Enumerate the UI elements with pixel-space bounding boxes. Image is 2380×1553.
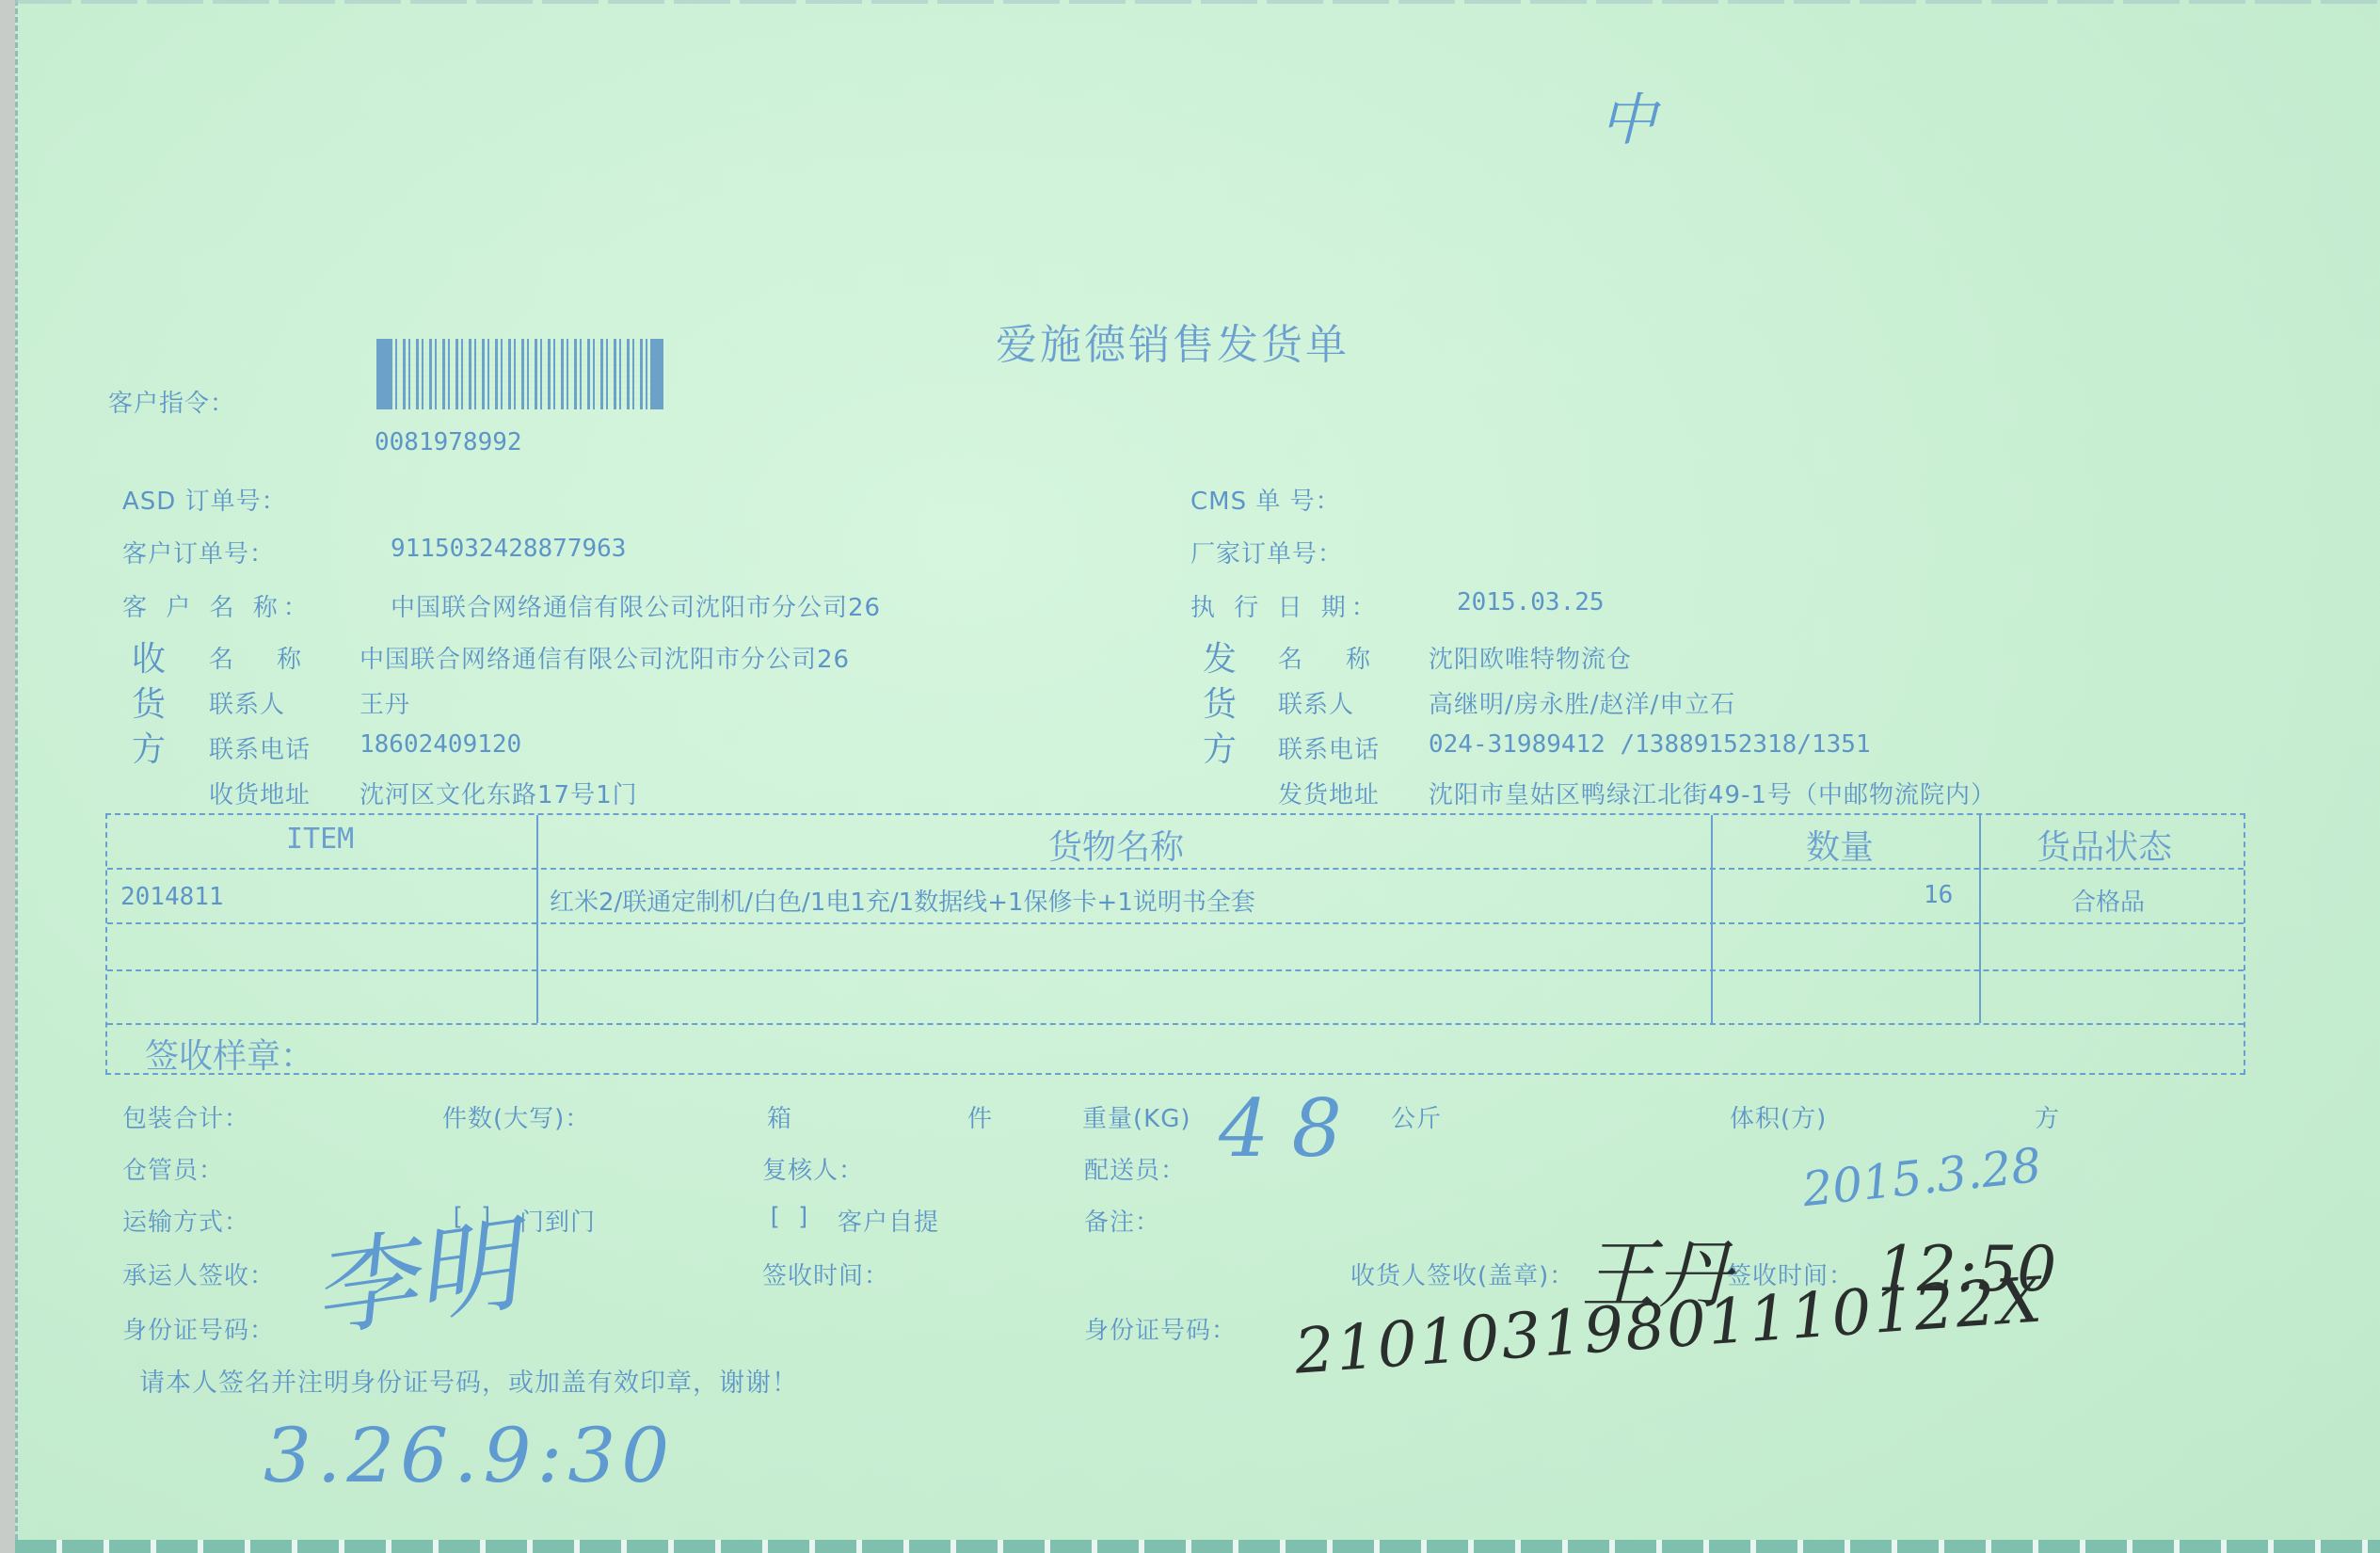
table-row-1-quantity: 16: [1924, 881, 1953, 909]
barcode-icon: [376, 339, 663, 409]
table-row-1-item: 2014811: [120, 883, 224, 911]
receiver-name-label: 名 称: [209, 640, 311, 675]
table-header-quantity: 数量: [1806, 821, 1874, 869]
corner-handwritten-mark: 中: [1600, 75, 1656, 156]
warehouse-keeper-label: 仓管员：: [122, 1151, 224, 1186]
door-to-door-label: 门到门: [519, 1203, 596, 1238]
receiver-side-char-1: 收: [132, 632, 167, 680]
receiver-contact-value: 王丹: [359, 685, 410, 720]
sender-contact-label: 联系人: [1278, 685, 1354, 720]
customer-instruction-label: 客户指令：: [108, 384, 235, 419]
sender-address-label: 发货地址: [1278, 776, 1380, 810]
self-pickup-label: 客户自提: [838, 1203, 939, 1238]
customer-name-label: 客 户 名 称：: [122, 588, 313, 623]
shipping-method-label: 运输方式：: [122, 1203, 249, 1238]
document-title: 爱施德销售发货单: [996, 311, 1350, 371]
sender-address-value: 沈阳市皇姑区鸭绿江北街49-1号（中邮物流院内）: [1429, 776, 1996, 810]
weight-unit-label: 公斤: [1391, 1099, 1442, 1134]
table-header-goods-name: 货物名称: [1048, 821, 1184, 869]
table-header-item: ITEM: [286, 823, 354, 856]
receiver-address-label: 收货地址: [209, 776, 311, 810]
signature-notice: 请本人签名并注明身份证号码，或加盖有效印章，谢谢！: [139, 1362, 798, 1399]
customer-name-value: 中国联合网络通信有限公司沈阳市分公司26: [391, 588, 881, 623]
table-col-divider: [1711, 815, 1713, 1023]
sender-side-char-3: 方: [1203, 723, 1238, 771]
weight-label: 重量(KG): [1082, 1099, 1191, 1134]
top-perforation: [15, 0, 2380, 4]
carrier-sign-time-label: 签收时间：: [762, 1257, 889, 1291]
receiver-phone-value: 18602409120: [359, 730, 521, 759]
goods-table: ITEM 货物名称 数量 货品状态 2014811 红米2/联通定制机/白色/1…: [105, 813, 2245, 1075]
volume-unit-label: 方: [2035, 1099, 2060, 1134]
customer-order-label: 客户订单号：: [122, 535, 275, 569]
sender-phone-label: 联系电话: [1278, 730, 1380, 765]
receiver-phone-label: 联系电话: [209, 730, 311, 765]
sign-stamp-label: 签收样章：: [145, 1030, 314, 1078]
weight-handwritten-value: 48: [1219, 1082, 1365, 1175]
table-rule: [107, 969, 2244, 971]
receiver-id-label: 身份证号码：: [1084, 1311, 1237, 1346]
table-rule: [107, 922, 2244, 924]
table-col-divider: [1979, 815, 1981, 1023]
carrier-id-label: 身份证号码：: [122, 1311, 275, 1346]
receiver-side-char-2: 货: [132, 678, 167, 726]
table-row-1-goods-name: 红米2/联通定制机/白色/1电1充/1数据线+1保修卡+1说明书全套: [550, 883, 1255, 918]
reviewer-label: 复核人：: [762, 1151, 864, 1186]
sender-side-char-1: 发: [1203, 632, 1238, 680]
table-header-status: 货品状态: [2037, 821, 2172, 869]
delivery-person-label: 配送员：: [1084, 1151, 1186, 1186]
receiver-name-value: 中国联合网络通信有限公司沈阳市分公司26: [359, 640, 850, 675]
receiver-sign-label: 收货人签收(盖章)：: [1350, 1257, 1574, 1291]
barcode-number: 0081978992: [375, 428, 522, 456]
receiver-side-char-3: 方: [132, 723, 167, 771]
sender-name-value: 沈阳欧唯特物流仓: [1429, 640, 1632, 675]
receiver-address-value: 沈河区文化东路17号1门: [359, 776, 638, 810]
factory-order-label: 厂家订单号：: [1190, 535, 1343, 569]
self-pickup-checkbox[interactable]: [ ]: [767, 1203, 811, 1231]
carrier-sign-label: 承运人签收：: [122, 1257, 275, 1291]
execution-date-value: 2015.03.25: [1457, 588, 1605, 616]
remarks-label: 备注：: [1084, 1203, 1160, 1238]
table-col-divider: [536, 815, 538, 1023]
handwritten-note: 3.26.9:30: [264, 1412, 675, 1499]
cms-number-label: CMS 单 号：: [1190, 482, 1341, 517]
table-row-1-status: 合格品: [2071, 883, 2145, 918]
receiver-contact-label: 联系人: [209, 685, 285, 720]
sender-phone-value: 024-31989412 /13889152318/1351: [1429, 730, 1871, 759]
box-unit-label: 箱: [767, 1099, 792, 1134]
table-rule: [107, 1023, 2244, 1025]
package-total-label: 包装合计：: [122, 1099, 249, 1134]
sender-name-label: 名 称: [1278, 640, 1380, 675]
customer-order-value: 9115032428877963: [391, 535, 626, 563]
carrier-signature: 李明: [301, 1181, 527, 1357]
volume-label: 体积(方): [1730, 1099, 1827, 1134]
piece-unit-label: 件: [967, 1099, 993, 1134]
sender-contact-value: 高继明/房永胜/赵洋/申立石: [1429, 685, 1735, 720]
execution-date-label: 执 行 日 期：: [1190, 588, 1382, 623]
asd-order-label: ASD 订单号：: [122, 482, 287, 517]
sender-side-char-2: 货: [1203, 678, 1238, 726]
pieces-uppercase-label: 件数(大写)：: [442, 1099, 590, 1134]
bottom-perforation: [15, 1540, 2380, 1553]
